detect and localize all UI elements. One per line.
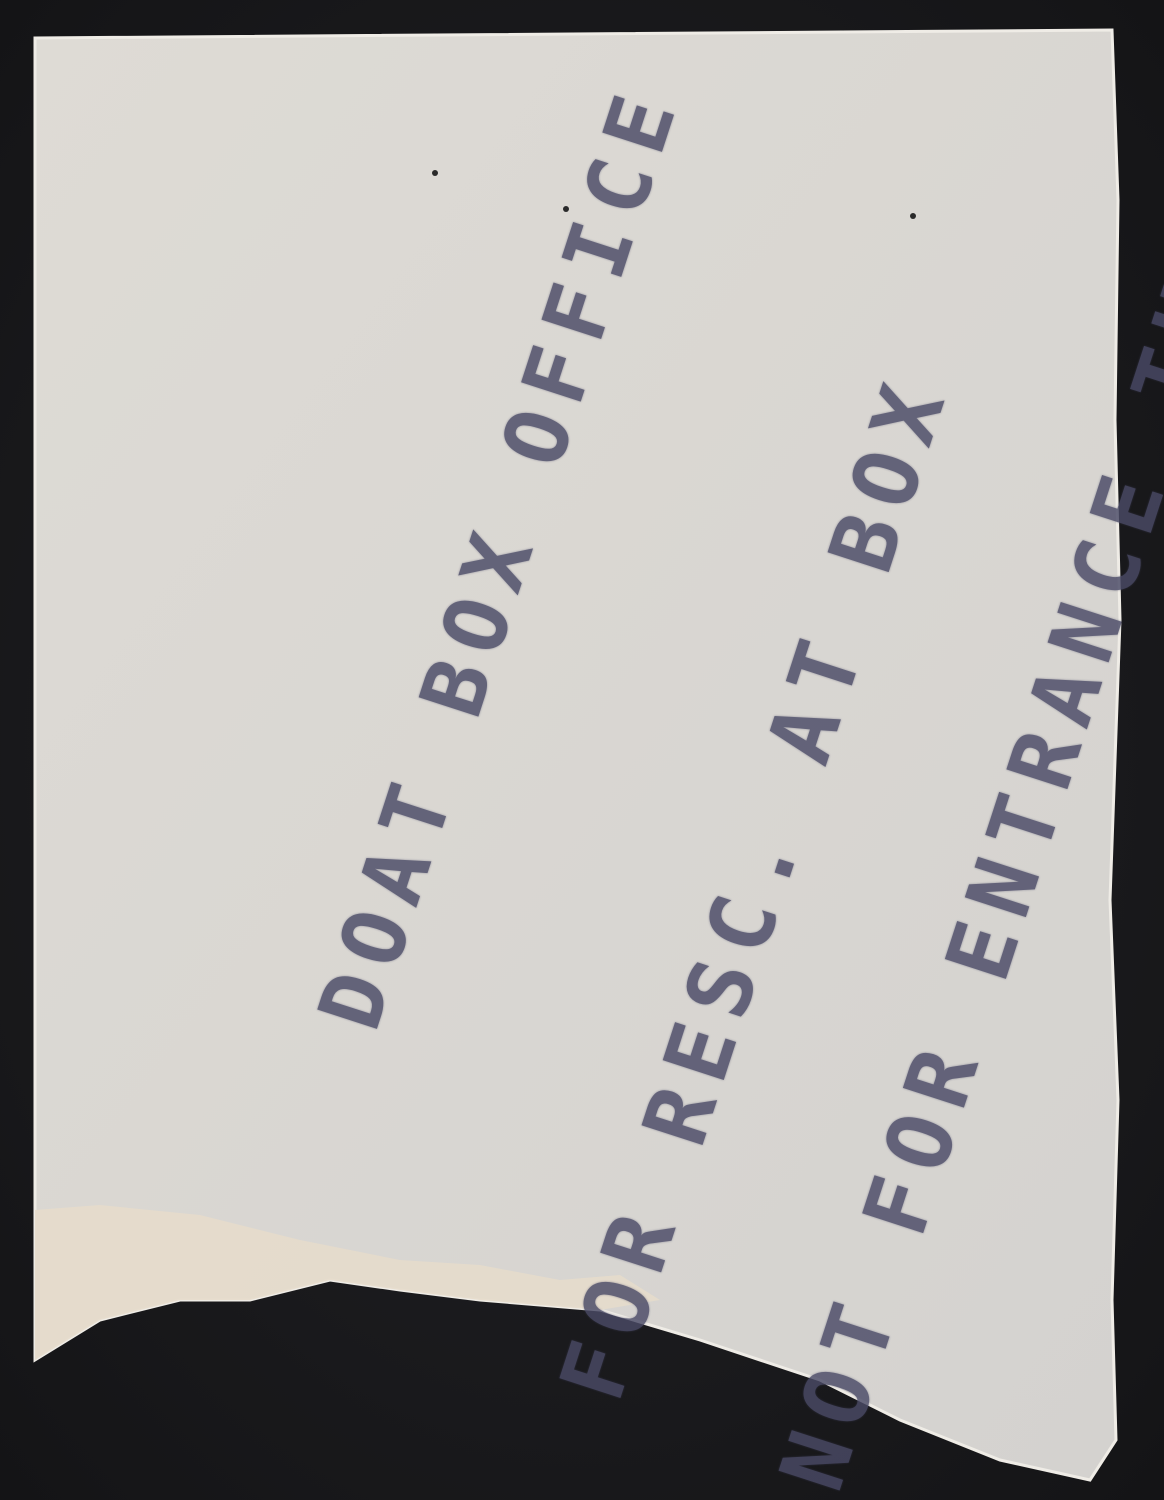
- paper-hole: [563, 206, 569, 212]
- paper-hole: [910, 213, 916, 219]
- paper-speck: [432, 170, 438, 176]
